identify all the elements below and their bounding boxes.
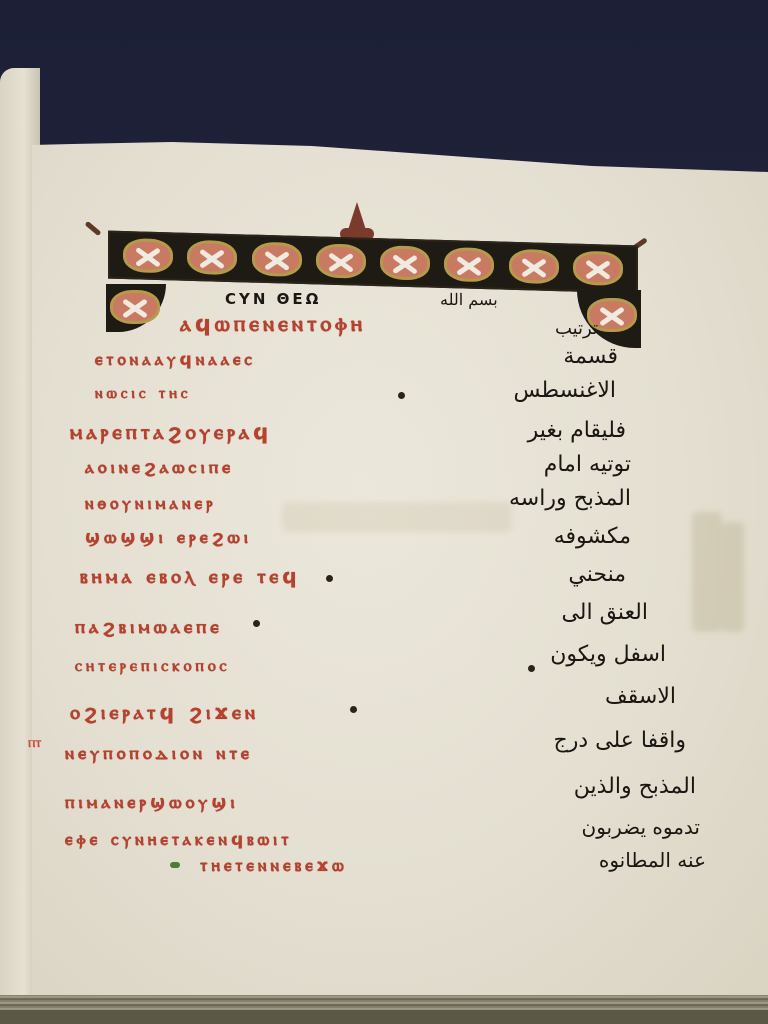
knot-ornament [187,240,237,275]
arabic-line: المذبح وراسه [509,486,631,511]
coptic-line: ⲥⲏⲧⲉⲣⲉⲡⲓⲥⲕⲟⲡⲟⲥ [75,656,231,676]
knot-ornament [316,243,366,278]
arabic-line: مكشوفه [554,524,631,549]
arabic-line: قسمة [563,344,618,369]
arabic-line: اسفل ويكون [550,642,666,667]
coptic-line: ϣⲱϣϣⲓ ⲉⲣⲉϩⲱⲓ [85,527,252,548]
book-block-bottom [0,1010,768,1024]
punctuation-dot [253,620,260,627]
coptic-line: ⲙⲁⲣⲉⲡⲧⲁϩⲟⲩⲉⲣⲁϥ [70,420,272,445]
arabic-line: المذبح والذين [574,774,696,799]
arabic-line: ترتيب [555,318,598,339]
finial-ornament [348,202,366,230]
coptic-line: ⲉⲧⲟⲛⲁⲁⲩϥⲛⲁⲁⲉⲥ [95,350,256,370]
punctuation-dot [528,665,535,672]
green-ornament [170,862,180,868]
arabic-line: واقفا على درج [554,728,686,753]
coptic-line: ⲛⲉⲩⲡⲟⲡⲟⲇⲓⲟⲛ ⲛⲧⲉ [65,743,253,764]
interlace-band [108,231,638,294]
coptic-line: ⲉⲫⲉ ⲥⲩⲛⲏⲉⲧⲁⲕⲉⲛϥⲃⲱⲓⲧ [65,830,293,850]
arabic-line: فليقام بغير [528,418,626,443]
coptic-line: ⲁⲟⲓⲛⲉϩⲁⲱⲥⲓⲡⲉ [85,457,234,478]
stain [282,502,512,532]
arabic-line: الاسقف [605,684,676,709]
margin-mark: ⲡⲧ [28,735,41,751]
arabic-line: عنه المطانوه [599,848,706,872]
coptic-line: ⲡⲁϩⲃⲓⲙⲱⲁⲉⲡⲉ [75,616,223,638]
stain [722,522,744,632]
stain [692,512,722,632]
coptic-line: ⲧⲏⲉⲧⲉⲛⲛⲉⲃⲉϫⲱ [200,856,348,876]
punctuation-dot [350,706,357,713]
invocation-coptic: ϹΥΝ ΘΕΩ [225,290,321,308]
coptic-line: ⲛⲱⲥⲓⲥ ⲧⲏⲥ [95,384,191,402]
arabic-line: تدموه يضربون [582,815,700,839]
headpiece-corner-left [106,284,166,332]
arabic-line: توتيه امام [544,452,631,477]
knot-ornament [573,251,623,286]
arabic-line: منحني [568,562,626,587]
punctuation-dot [398,392,405,399]
knot-ornament [380,245,430,280]
invocation-arabic: بسم الله [440,290,498,309]
punctuation-dot [326,575,333,582]
coptic-line: ⲡⲓⲙⲁⲛⲉⲣϣⲱⲟⲩϣⲓ [65,792,239,813]
coptic-line: ⲟϩⲓⲉⲣⲁⲧϥ ϩⲓϫⲉⲛ [70,700,259,724]
knot-ornament [509,249,559,284]
knot-ornament [252,242,302,277]
knot-ornament [110,290,160,324]
coptic-line: ⲃⲏⲙⲁ ⲉⲃⲟⲗ ⲉⲣⲉ ⲧⲉϥ [80,564,301,588]
arabic-line: العنق الى [561,600,648,625]
arabic-line: الاغنسطس [513,378,616,403]
coptic-line: ⲁϥⲱⲡⲉⲛⲉⲛⲧⲟⲫⲏ [180,312,366,337]
coptic-line: ⲛⲑⲟⲩⲛⲓⲙⲁⲛⲉⲣ [85,494,217,514]
knot-ornament [123,238,173,273]
knot-ornament [444,247,494,282]
